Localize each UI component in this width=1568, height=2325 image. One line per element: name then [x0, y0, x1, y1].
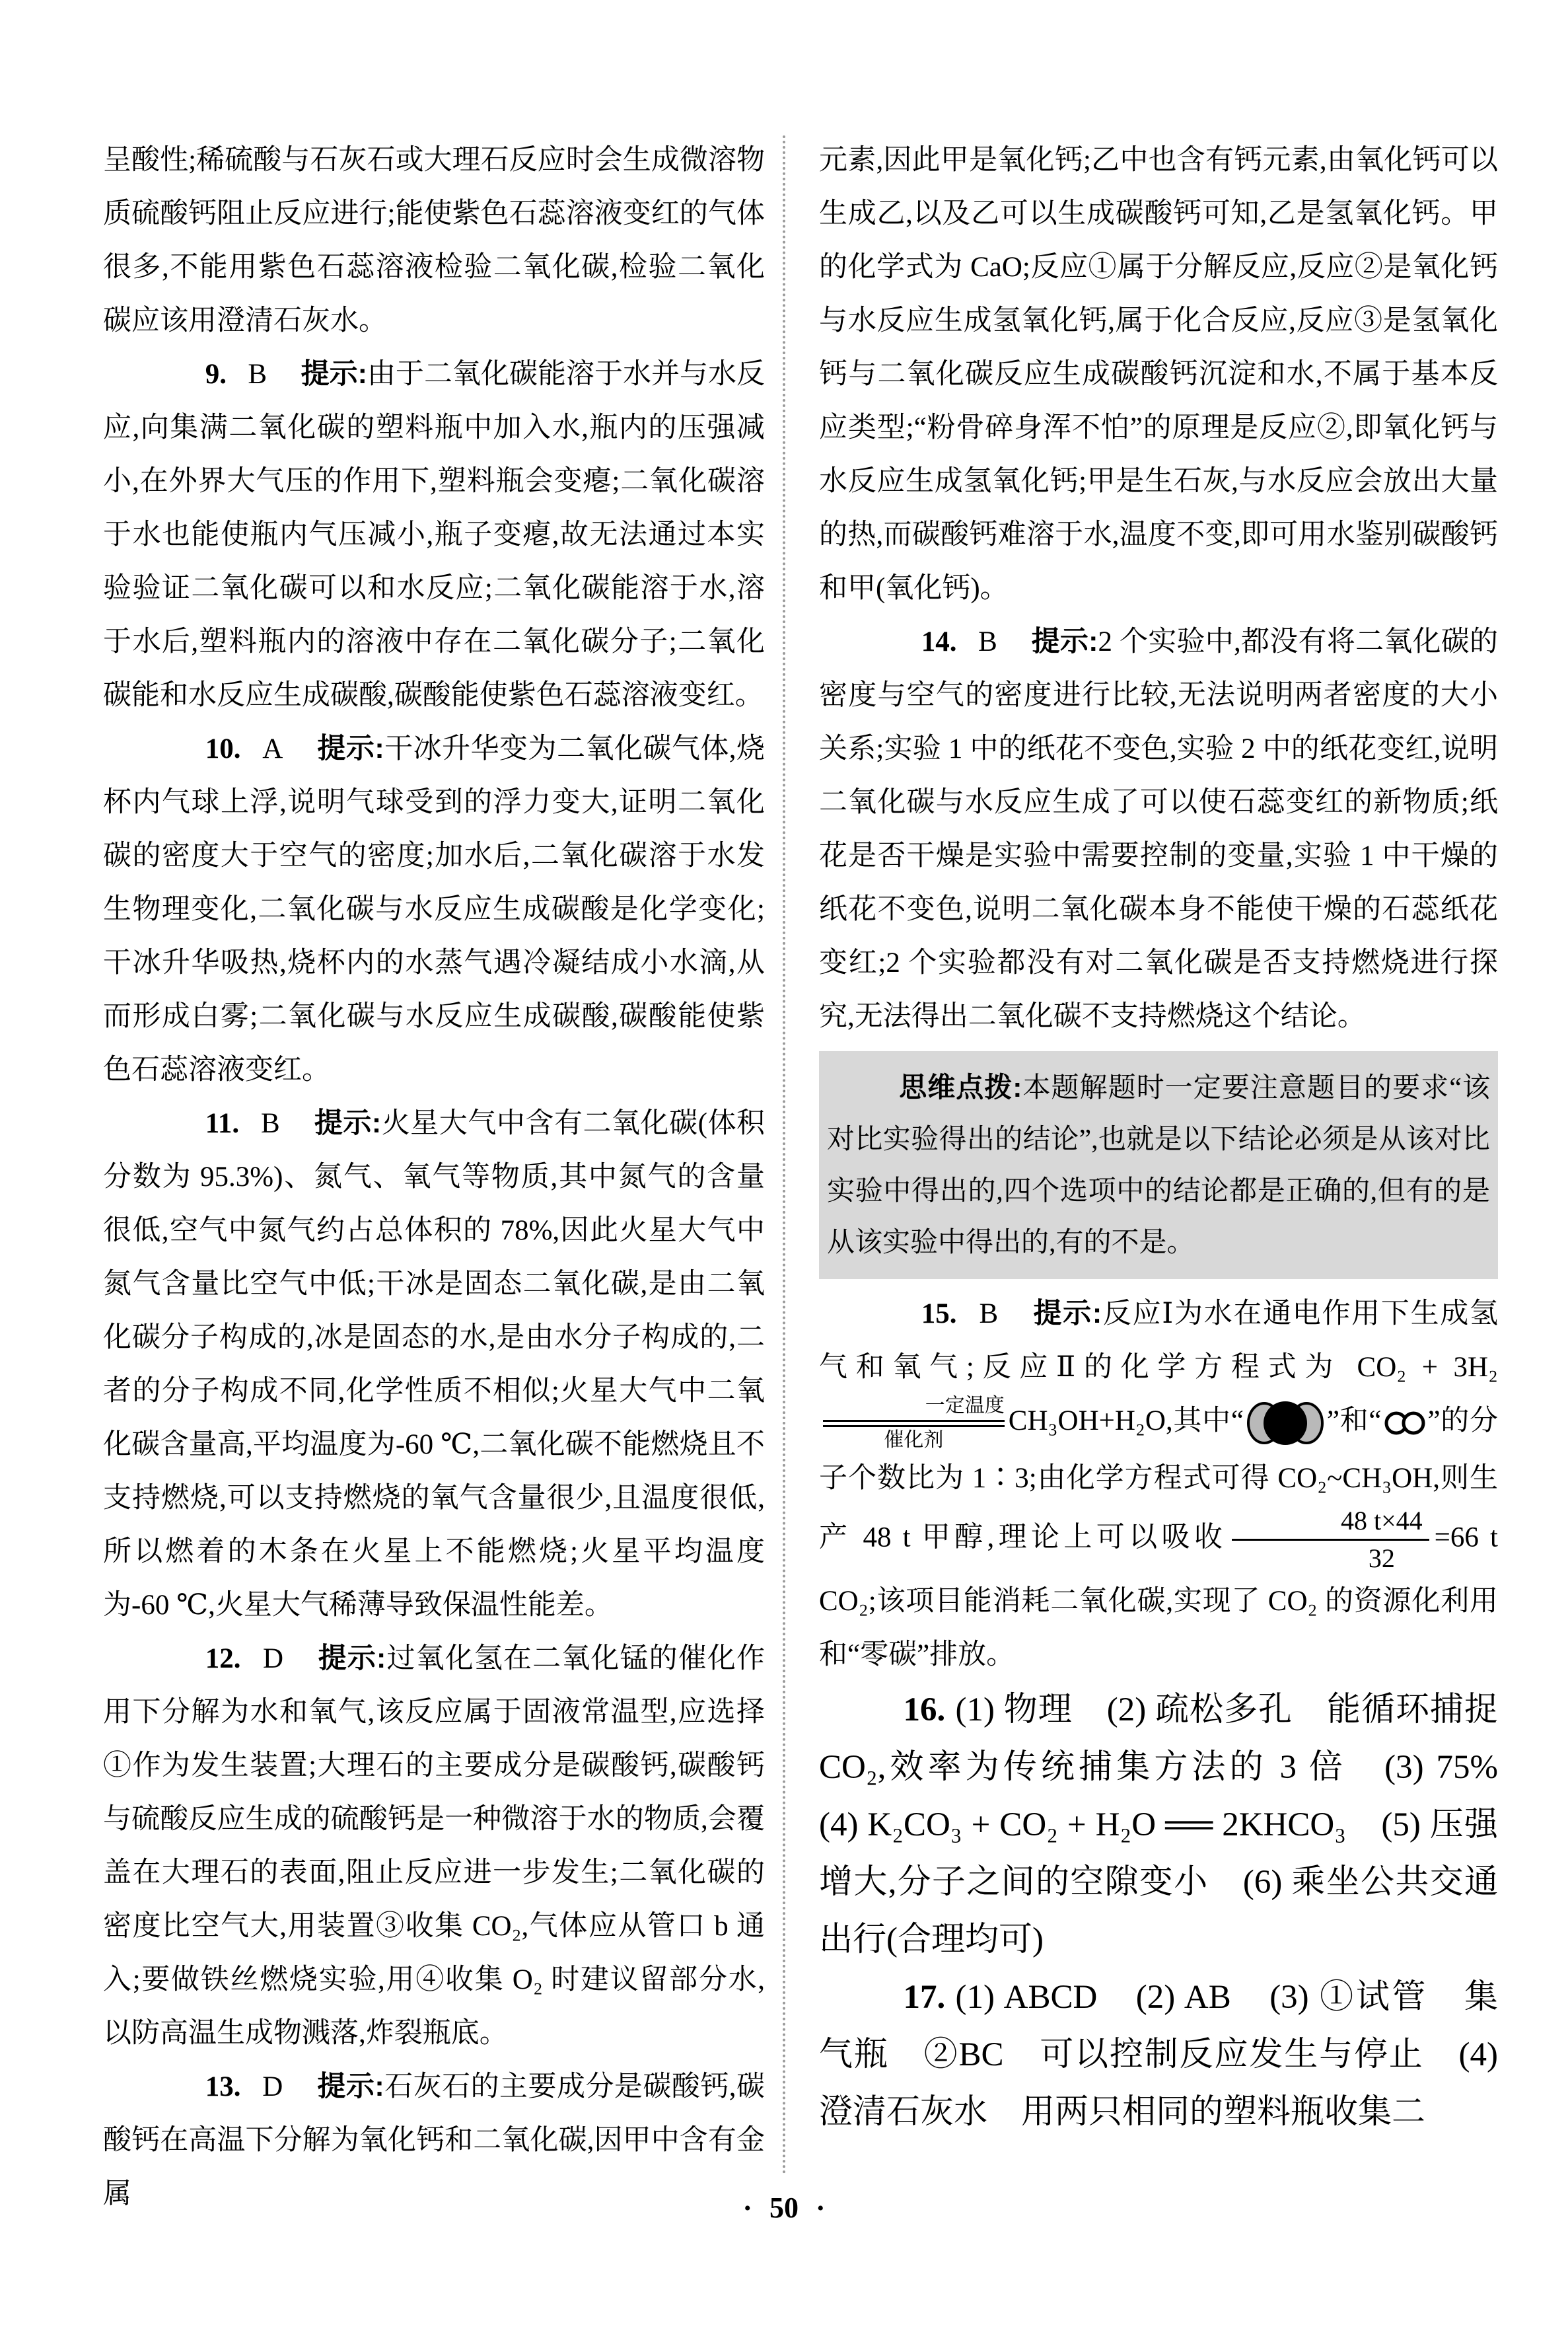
hint-label: 提示:	[1032, 626, 1098, 657]
answer-letter: D	[263, 1643, 283, 1674]
answer-key-page: 呈酸性;稀硫酸与石灰石或大理石反应时会生成微溶物质硫酸钙阻止反应进行;能使紫色石…	[0, 0, 1568, 2325]
h2-molecule-icon	[1384, 1409, 1426, 1437]
hint-text: 石灰石的主要成分是碳酸钙,碳酸钙在高温下分解为氧化钙和二氧化碳,因甲中含有金属	[103, 2071, 765, 2209]
column-divider-dotted-line	[783, 135, 785, 2176]
co2-molecule-icon	[1246, 1399, 1325, 1447]
right-column: 元素,因此甲是氧化钙;乙中也含有钙元素,由氧化钙可以生成乙,以及乙可以生成碳酸钙…	[819, 133, 1498, 2141]
continued-paragraph: 元素,因此甲是氧化钙;乙中也含有钙元素,由氧化钙可以生成乙,以及乙可以生成碳酸钙…	[819, 133, 1498, 615]
answer-number: 14.	[921, 626, 957, 657]
fraction: 48 t×4432	[1232, 1505, 1429, 1574]
answer-text: (1) 物理 (2) 疏松多孔 能循环捕捉 CO₂,效率为传统捕集方法的 3 倍…	[819, 1691, 1532, 1958]
answer-number: 15.	[921, 1298, 957, 1329]
answer-item-16: 16.(1) 物理 (2) 疏松多孔 能循环捕捉 CO₂,效率为传统捕集方法的 …	[819, 1681, 1498, 1969]
footer-left-dot: •	[744, 2197, 751, 2219]
answer-number: 17.	[904, 1979, 946, 2016]
hint-text: 干冰升华变为二氧化碳气体,烧杯内气球上浮,说明气球受到的浮力变大,证明二氧化碳的…	[103, 733, 765, 1086]
answer-item-9: 9. B 提示:由于二氧化碳能溶于水并与水反应,向集满二氧化碳的塑料瓶中加入水,…	[103, 348, 765, 722]
hint-label: 提示:	[301, 358, 367, 390]
answer-letter: B	[978, 626, 997, 657]
answer-letter: B	[248, 359, 267, 390]
thinking-tips-label: 思维点拨:	[899, 1072, 1022, 1103]
hint-text-segment: CH₃OH+H₂O,其中“	[1009, 1405, 1244, 1436]
hint-label: 提示:	[314, 1107, 381, 1139]
answer-number: 16.	[904, 1691, 946, 1728]
answer-item-11: 11. B 提示:火星大气中含有二氧化碳(体积分数为 95.3%)、氮气、氧气等…	[103, 1097, 765, 1632]
fraction-numerator: 48 t×44	[1232, 1505, 1429, 1541]
hint-text: 由于二氧化碳能溶于水并与水反应,向集满二氧化碳的塑料瓶中加入水,瓶内的压强减小,…	[103, 359, 765, 711]
answer-item-14: 14. B 提示:2 个实验中,都没有将二氧化碳的密度与空气的密度进行比较,无法…	[819, 615, 1498, 1043]
hint-label: 提示:	[1033, 1298, 1102, 1329]
answer-number: 9.	[205, 359, 227, 390]
hint-label: 提示:	[317, 733, 384, 764]
page-footer: •50•	[0, 2191, 1568, 2225]
left-column: 呈酸性;稀硫酸与石灰石或大理石反应时会生成微溶物质硫酸钙阻止反应进行;能使紫色石…	[103, 133, 765, 2221]
answer-letter: D	[262, 2071, 283, 2102]
answer-letter: B	[980, 1298, 999, 1329]
answer-letter: A	[262, 733, 283, 764]
fraction-denominator: 32	[1232, 1541, 1429, 1574]
hint-text: 2 个实验中,都没有将二氧化碳的密度与空气的密度进行比较,无法说明两者密度的大小…	[819, 626, 1498, 1032]
hint-text: 过氧化氢在二氧化锰的催化作用下分解为水和氧气,该反应属于固液常温型,应选择①作为…	[103, 1643, 765, 2049]
thinking-tips-box: 思维点拨:本题解题时一定要注意题目的要求“该对比实验得出的结论”,也就是以下结论…	[819, 1051, 1498, 1279]
page-number: 50	[769, 2192, 799, 2224]
hint-text-segment: ”和“	[1327, 1405, 1382, 1436]
double-line-equals	[823, 1420, 1005, 1427]
answer-number: 13.	[205, 2071, 241, 2102]
answer-item-17: 17.(1) ABCD (2) AB (3) ①试管 集气瓶 ②BC 可以控制反…	[819, 1969, 1498, 2141]
continued-paragraph: 呈酸性;稀硫酸与石灰石或大理石反应时会生成微溶物质硫酸钙阻止反应进行;能使紫色石…	[103, 133, 765, 348]
answer-number: 12.	[205, 1643, 241, 1674]
answer-item-12: 12. D 提示:过氧化氢在二氧化锰的催化作用下分解为水和氧气,该反应属于固液常…	[103, 1632, 765, 2060]
hint-text: 火星大气中含有二氧化碳(体积分数为 95.3%)、氮气、氧气等物质,其中氮气的含…	[103, 1108, 765, 1621]
answer-number: 11.	[205, 1108, 239, 1139]
hint-label: 提示:	[318, 1642, 386, 1674]
answer-letter: B	[261, 1108, 280, 1139]
answer-number: 10.	[205, 733, 241, 764]
reaction-condition-stack: 一定温度催化剂	[823, 1395, 1005, 1452]
answer-item-10: 10. A 提示:干冰升华变为二氧化碳气体,烧杯内气球上浮,说明气球受到的浮力变…	[103, 722, 765, 1097]
reaction-condition-top: 一定温度	[925, 1395, 1005, 1417]
footer-right-dot: •	[817, 2197, 824, 2219]
hint-label: 提示:	[317, 2071, 384, 2102]
reaction-condition-bottom: 催化剂	[884, 1429, 943, 1451]
answer-item-15: 15. B 提示:反应Ⅰ为水在通电作用下生成氢气和氧气;反应Ⅱ的化学方程式为 C…	[819, 1287, 1498, 1681]
